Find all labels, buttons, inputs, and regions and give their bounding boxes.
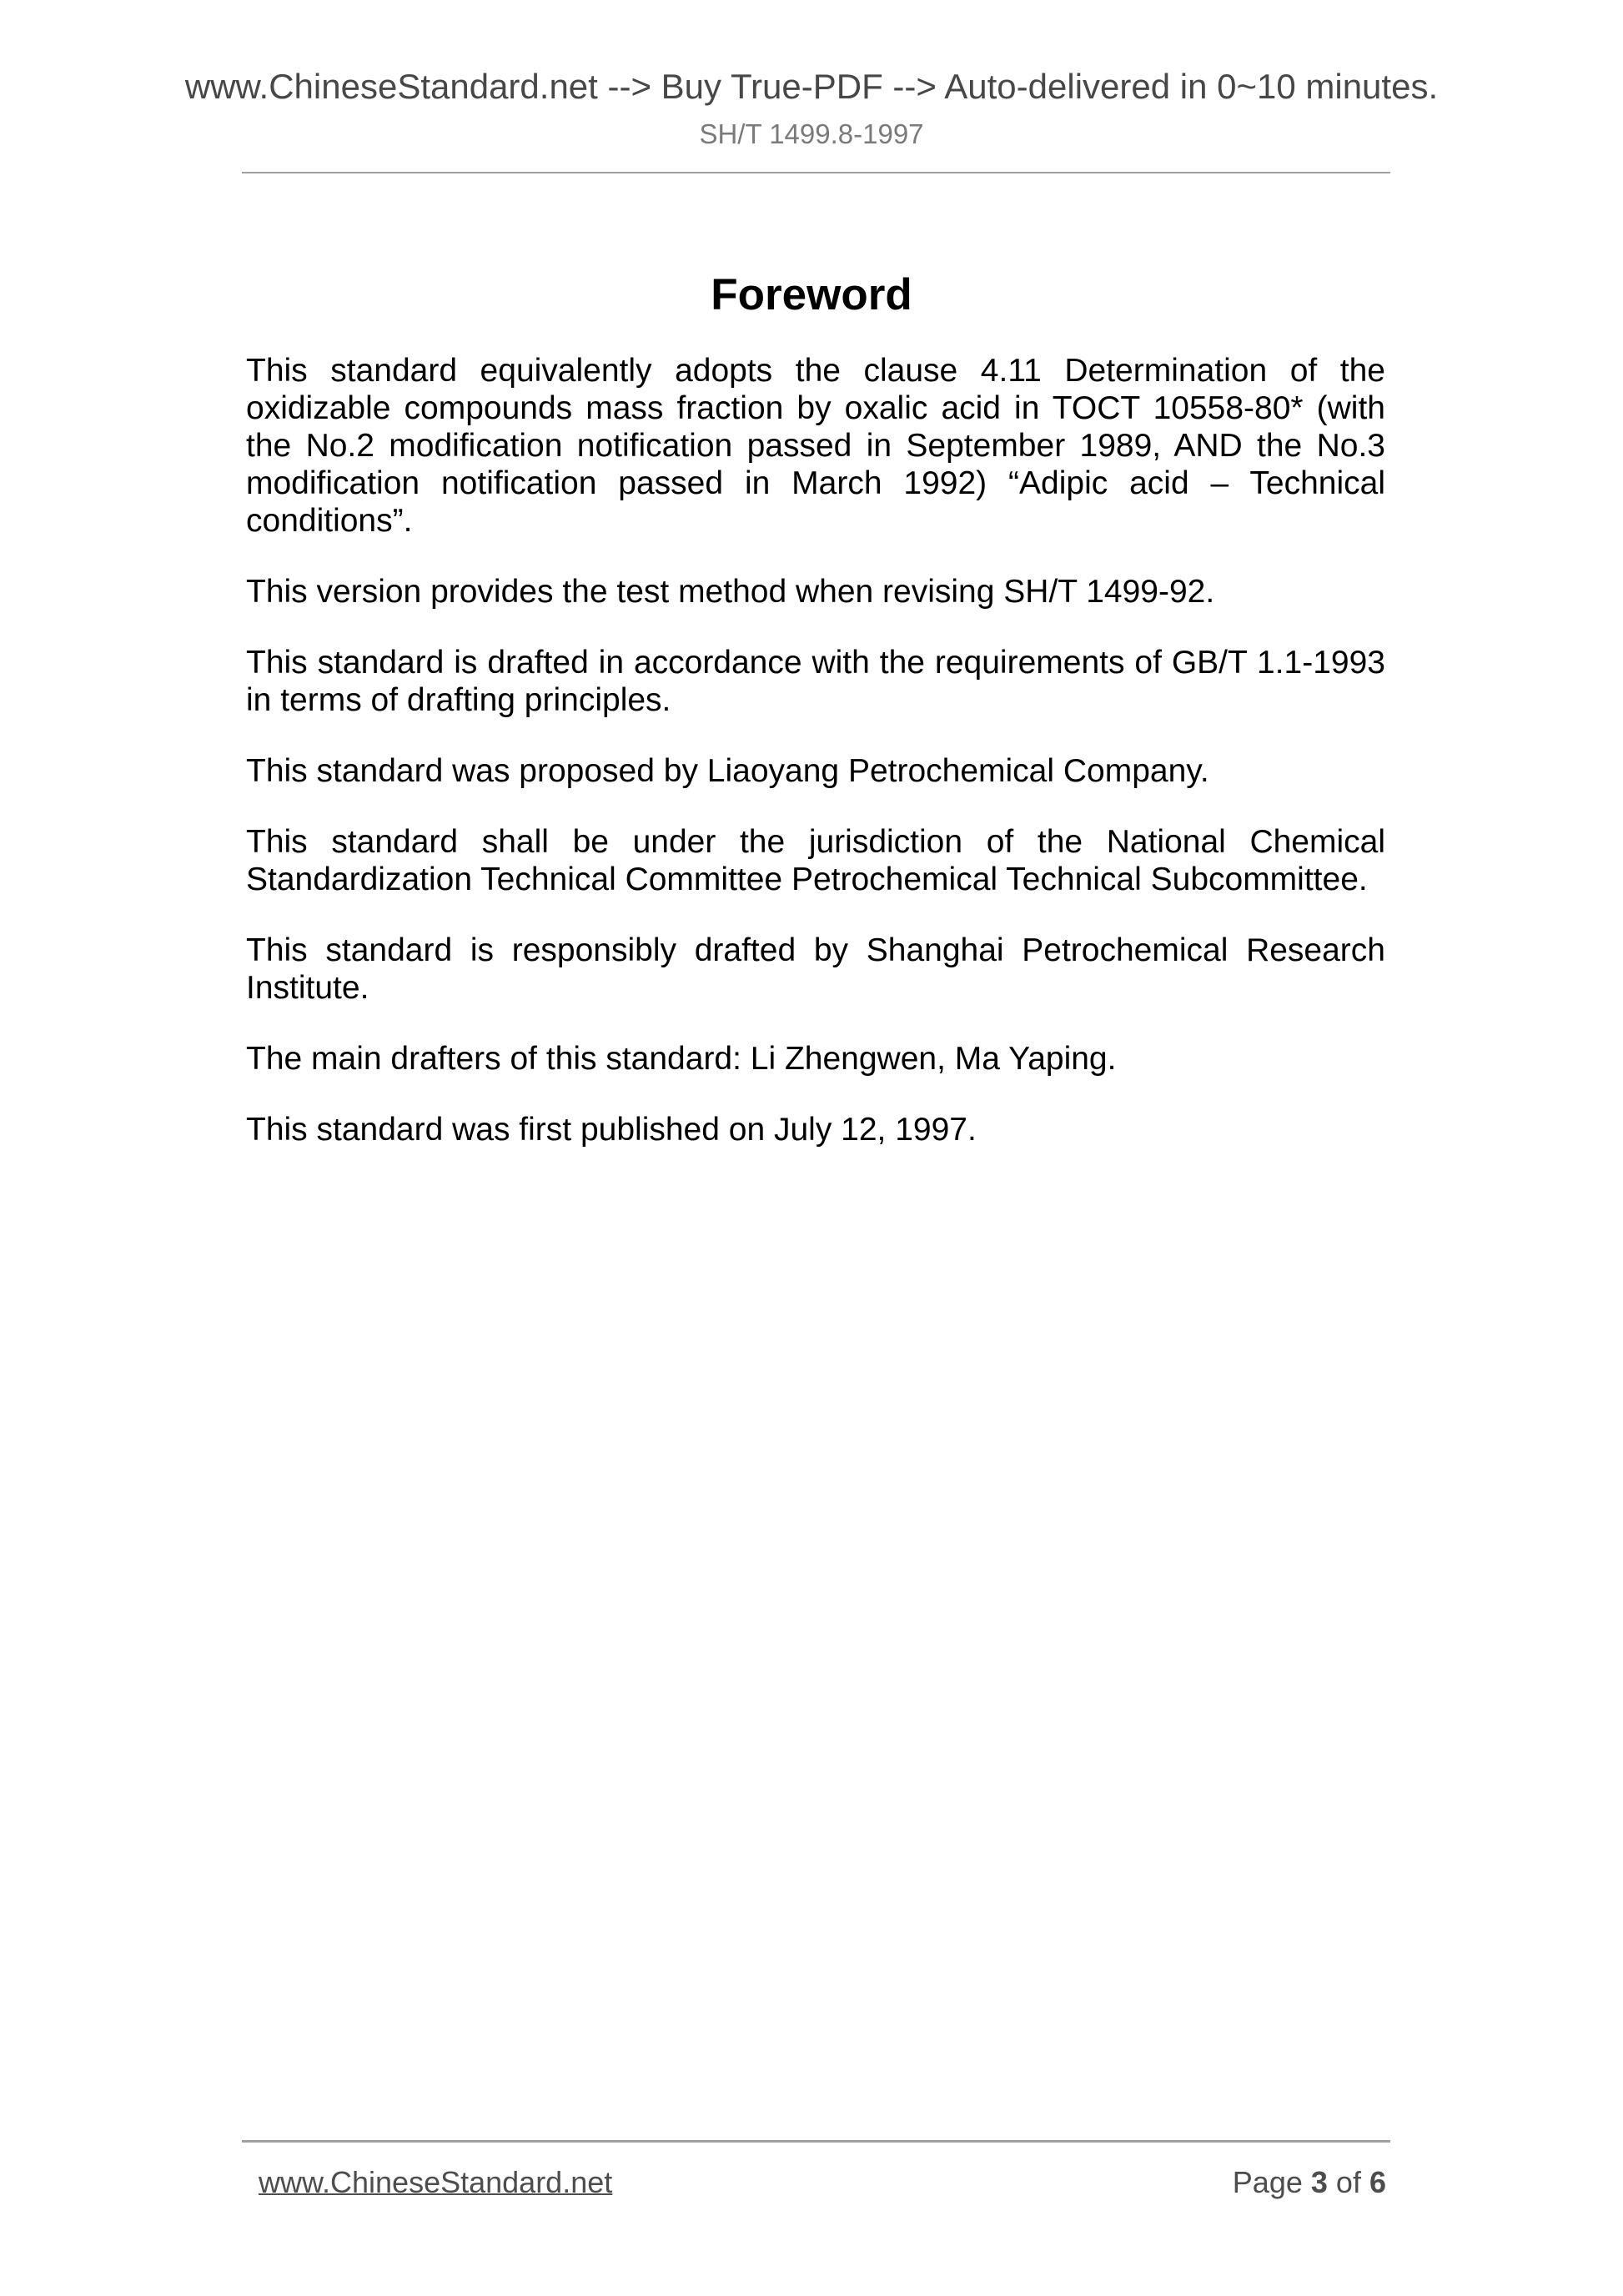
page-indicator: Page 3 of 6 <box>1233 2164 1386 2201</box>
paragraph-revision: This version provides the test method wh… <box>246 573 1385 610</box>
paragraph-jurisdiction: This standard shall be under the jurisdi… <box>246 823 1385 898</box>
footer-website-link[interactable]: www.ChineseStandard.net <box>259 2164 612 2201</box>
standard-code: SH/T 1499.8-1997 <box>0 116 1623 153</box>
page-title: Foreword <box>0 269 1623 322</box>
document-body: This standard equivalently adopts the cl… <box>246 352 1385 1182</box>
page-separator: of <box>1336 2165 1361 2199</box>
paragraph-drafting-rules: This standard is drafted in accordance w… <box>246 644 1385 719</box>
paragraph-drafting-unit: This standard is responsibly drafted by … <box>246 932 1385 1007</box>
paragraph-drafters: The main drafters of this standard: Li Z… <box>246 1040 1385 1078</box>
paragraph-proposer: This standard was proposed by Liaoyang P… <box>246 752 1385 790</box>
header-divider <box>242 172 1390 173</box>
page-prefix: Page <box>1233 2165 1303 2199</box>
footer-divider <box>242 2140 1390 2143</box>
paragraph-publication: This standard was first published on Jul… <box>246 1111 1385 1148</box>
current-page: 3 <box>1311 2165 1328 2199</box>
total-pages: 6 <box>1369 2165 1386 2199</box>
paragraph-adoption: This standard equivalently adopts the cl… <box>246 352 1385 540</box>
header-banner: www.ChineseStandard.net --> Buy True-PDF… <box>0 63 1623 110</box>
